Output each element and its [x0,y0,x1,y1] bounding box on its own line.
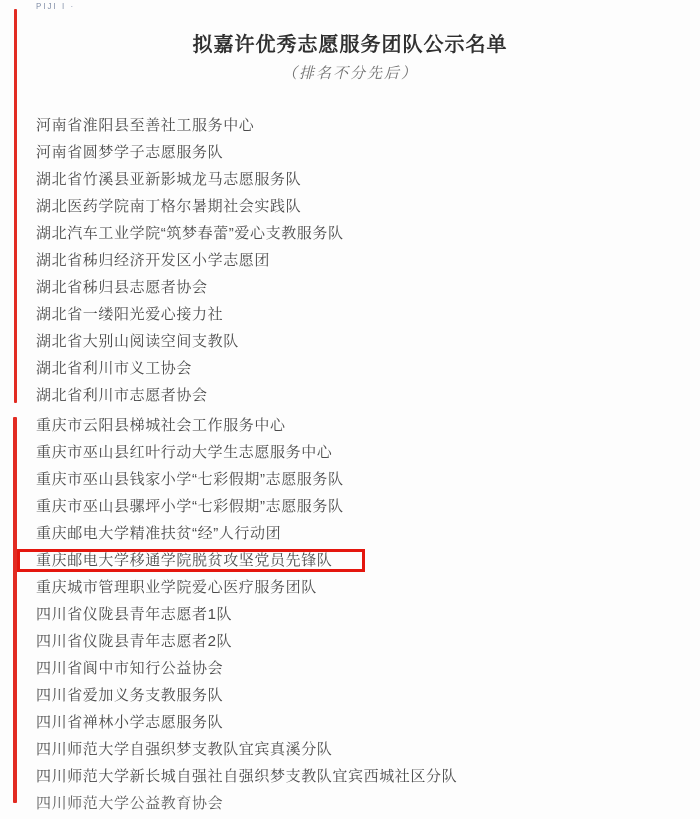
team-name-text: 重庆城市管理职业学院爱心医疗服务团队 [36,579,317,596]
team-name-text: 湖北省利川市义工协会 [36,360,192,377]
list-item: 湖北省竹溪县亚新影城龙马志愿服务队 [36,166,680,193]
list-item: 重庆市巫山县红叶行动大学生志愿服务中心 [36,439,680,466]
list-item: 湖北省利川市志愿者协会 [36,382,680,409]
list-item: 湖北省大别山阅读空间支教队 [36,328,680,355]
team-list-group-2: 重庆市云阳县梯城社会工作服务中心重庆市巫山县红叶行动大学生志愿服务中心重庆市巫山… [36,412,680,817]
list-item: 重庆城市管理职业学院爱心医疗服务团队 [36,574,680,601]
team-name-text: 四川师范大学公益教育协会 [36,795,223,812]
team-name-text: 重庆邮电大学移通学院脱贫攻坚党员先锋队 [36,552,332,569]
page-subtitle: （排名不分先后） [0,62,700,83]
list-item: 四川省仪陇县青年志愿者2队 [36,628,680,655]
team-list-group-1: 河南省淮阳县至善社工服务中心河南省圆梦学子志愿服务队湖北省竹溪县亚新影城龙马志愿… [36,112,680,409]
team-name-text: 重庆市云阳县梯城社会工作服务中心 [36,417,286,434]
list-item: 四川师范大学自强织梦支教队宜宾真溪分队 [36,736,680,763]
list-item: 重庆市巫山县钱家小学“七彩假期”志愿服务队 [36,466,680,493]
team-name-text: 四川省禅林小学志愿服务队 [36,714,223,731]
team-name-text: 湖北省利川市志愿者协会 [36,387,208,404]
list-item: 四川师范大学公益教育协会 [36,790,680,817]
page-title: 拟嘉许优秀志愿服务团队公示名单 [0,28,700,57]
team-name-text: 湖北省大别山阅读空间支教队 [36,333,239,350]
list-item-highlighted: 重庆邮电大学移通学院脱贫攻坚党员先锋队 [36,547,680,574]
list-item: 湖北省秭归县志愿者协会 [36,274,680,301]
team-name-text: 四川师范大学新长城自强社自强织梦支教队宜宾西城社区分队 [36,768,457,785]
list-item: 湖北医药学院南丁格尔暑期社会实践队 [36,193,680,220]
list-item: 湖北省秭归经济开发区小学志愿团 [36,247,680,274]
list-item: 湖北省一缕阳光爱心接力社 [36,301,680,328]
list-item: 河南省淮阳县至善社工服务中心 [36,112,680,139]
team-name-text: 湖北省秭归经济开发区小学志愿团 [36,252,270,269]
team-name-text: 重庆邮电大学精准扶贫“经”人行动团 [36,525,281,542]
list-item: 湖北省利川市义工协会 [36,355,680,382]
red-margin-line-bottom [13,417,17,803]
team-name-text: 湖北省竹溪县亚新影城龙马志愿服务队 [36,171,301,188]
team-name-text: 湖北省一缕阳光爱心接力社 [36,306,223,323]
team-name-text: 四川省阆中市知行公益协会 [36,660,223,677]
list-item: 重庆市巫山县骡坪小学“七彩假期”志愿服务队 [36,493,680,520]
team-name-text: 四川省仪陇县青年志愿者1队 [36,606,232,623]
list-item: 四川省爱加义务支教服务队 [36,682,680,709]
team-name-text: 湖北医药学院南丁格尔暑期社会实践队 [36,198,301,215]
team-name-text: 重庆市巫山县红叶行动大学生志愿服务中心 [36,444,332,461]
list-item: 河南省圆梦学子志愿服务队 [36,139,680,166]
team-name-text: 四川省爱加义务支教服务队 [36,687,223,704]
list-item: 重庆邮电大学精准扶贫“经”人行动团 [36,520,680,547]
list-item: 四川师范大学新长城自强社自强织梦支教队宜宾西城社区分队 [36,763,680,790]
cropped-text-fragment: PIJI I · [36,2,75,12]
team-name-text: 湖北省秭归县志愿者协会 [36,279,208,296]
list-item: 四川省仪陇县青年志愿者1队 [36,601,680,628]
list-item: 湖北汽车工业学院“筑梦春蕾”爱心支教服务队 [36,220,680,247]
team-name-text: 湖北汽车工业学院“筑梦春蕾”爱心支教服务队 [36,225,344,242]
team-name-text: 重庆市巫山县骡坪小学“七彩假期”志愿服务队 [36,498,344,515]
document-page: PIJI I · 拟嘉许优秀志愿服务团队公示名单 （排名不分先后） 河南省淮阳县… [0,0,700,819]
team-name-text: 四川师范大学自强织梦支教队宜宾真溪分队 [36,741,332,758]
team-name-text: 重庆市巫山县钱家小学“七彩假期”志愿服务队 [36,471,344,488]
list-item: 四川省阆中市知行公益协会 [36,655,680,682]
team-name-text: 河南省圆梦学子志愿服务队 [36,144,223,161]
list-item: 四川省禅林小学志愿服务队 [36,709,680,736]
list-item: 重庆市云阳县梯城社会工作服务中心 [36,412,680,439]
team-name-text: 河南省淮阳县至善社工服务中心 [36,117,254,134]
team-name-text: 四川省仪陇县青年志愿者2队 [36,633,232,650]
